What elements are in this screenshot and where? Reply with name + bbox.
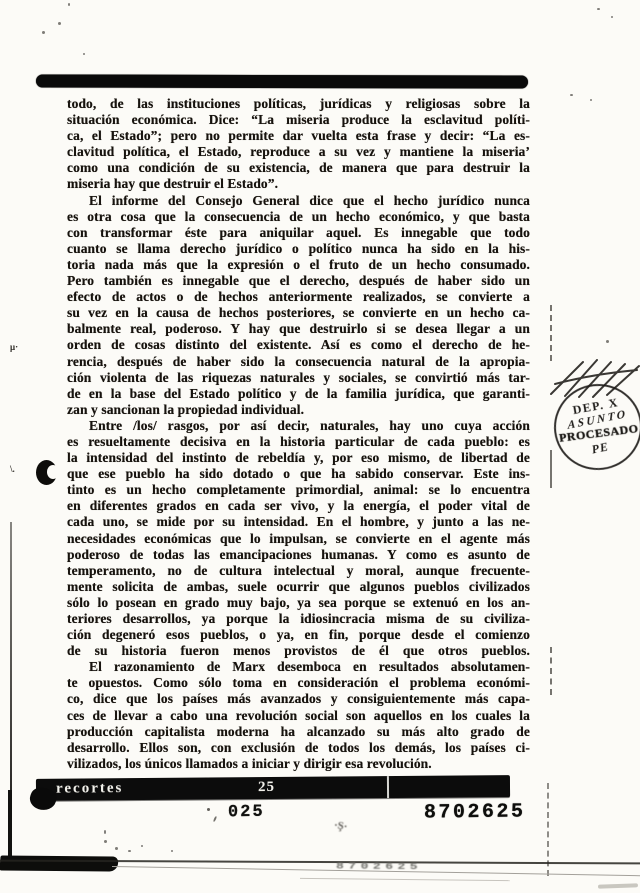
redaction-bar-top bbox=[36, 74, 528, 88]
speck bbox=[104, 840, 107, 843]
text-line: de en la base del Estado político y de l… bbox=[67, 386, 530, 402]
footer-page-number: 25 bbox=[258, 779, 275, 796]
text-line: toria nada más que la expresión o el fru… bbox=[67, 257, 530, 273]
speck bbox=[104, 830, 106, 834]
footer-label: recortes bbox=[56, 780, 123, 798]
text-line: balmente real, poderoso. Y hay que destr… bbox=[67, 321, 530, 337]
scan-bottom-blob bbox=[0, 855, 119, 871]
text-line: que ese pueblo ha sido dotado o que ha s… bbox=[67, 466, 530, 482]
footer-bar: recortes 25 bbox=[36, 775, 510, 801]
text-line: orden de cosas distinto del existente. A… bbox=[67, 337, 530, 353]
stamp-number-small: 025 bbox=[228, 803, 265, 822]
margin-mark: \. bbox=[10, 464, 15, 474]
text-line: co, dice que los países más avanzados y … bbox=[67, 691, 530, 707]
text-line: vilizados, los únicos llamados a iniciar… bbox=[67, 756, 530, 772]
text-line: poderoso de todas las emancipaciones hum… bbox=[67, 547, 530, 563]
ink-blot bbox=[36, 460, 57, 485]
text-line: con transformar éste para aniquilar aque… bbox=[67, 225, 530, 241]
speck bbox=[590, 99, 592, 101]
speck bbox=[128, 850, 131, 852]
speck bbox=[141, 845, 143, 847]
text-line: es otra cosa que la consecuencia de un h… bbox=[67, 209, 530, 225]
text-line: ces de llevar a cabo una revolución soci… bbox=[67, 708, 530, 724]
scan-edge-line bbox=[10, 522, 12, 792]
text-line: Entre /los/ rasgos, por así decir, natur… bbox=[67, 418, 530, 434]
text-line: mente solicita de ambas, suele ocurrir q… bbox=[67, 579, 530, 595]
corner-smudge bbox=[598, 883, 638, 888]
text-line: cuanto se llama derecho jurídico o polít… bbox=[67, 241, 530, 257]
text-line: necesidades económicas que lo impulsan, … bbox=[67, 531, 530, 547]
margin-mark: μ· bbox=[10, 342, 18, 352]
scanned-page: todo, de las instituciones políticas, ju… bbox=[0, 0, 640, 893]
text-line: todo, de las instituciones políticas, ju… bbox=[67, 96, 530, 112]
speck bbox=[611, 16, 613, 18]
text-line: ción violenta de las riquezas naturales … bbox=[67, 370, 530, 386]
body-text: todo, de las instituciones políticas, ju… bbox=[67, 96, 530, 772]
text-line: situación económica. Dice: “La miseria p… bbox=[67, 112, 530, 128]
text-line: miseria hay que destruir el Estado”. bbox=[67, 176, 530, 192]
text-line: te opuestos. Como sólo toma en considera… bbox=[67, 675, 530, 691]
text-line: temperamento, no de cultura intelectual … bbox=[67, 563, 530, 579]
stamp-number-large: 8702625 bbox=[424, 801, 526, 825]
text-line: teriores desarrollos, ya porque la idios… bbox=[67, 611, 530, 627]
text-line: es resueltamente decisiva en la historia… bbox=[67, 434, 530, 450]
text-line: rencia, después de haber sido la consecu… bbox=[67, 354, 530, 370]
text-line: la intensidad del instinto de rebeldía y… bbox=[67, 450, 530, 466]
speck bbox=[83, 53, 85, 55]
faint-mark: ·Ş· bbox=[333, 819, 348, 833]
text-line: ción degeneró esos pueblos, o ya, en fin… bbox=[67, 627, 530, 643]
speck bbox=[207, 808, 210, 811]
scan-bottom-diagonal-faint bbox=[300, 878, 510, 881]
speck bbox=[570, 94, 573, 96]
margin-pen-stroke bbox=[550, 647, 552, 695]
speck bbox=[42, 31, 45, 34]
text-line: producción capitalista moderna ha alcanz… bbox=[67, 724, 530, 740]
speck bbox=[171, 850, 173, 852]
speck bbox=[115, 847, 118, 850]
stamp-initials: PE bbox=[591, 439, 611, 457]
text-line: como una condición de su existencia, de … bbox=[67, 160, 530, 176]
text-line: El informe del Consejo General dice que … bbox=[67, 193, 530, 209]
speck bbox=[606, 340, 609, 343]
speck bbox=[68, 3, 70, 6]
text-line: El razonamiento de Marx desemboca en res… bbox=[67, 659, 530, 675]
footer-bar-gap bbox=[387, 776, 389, 798]
text-line: ca, el Estado”; pero no permite dar vuel… bbox=[67, 128, 530, 144]
text-line: efecto de actos o de hechos anteriorment… bbox=[67, 289, 530, 305]
speck bbox=[597, 8, 600, 10]
text-line: Pero también es innegable que el derecho… bbox=[67, 273, 530, 289]
text-line: cada uno, se mide por su intensidad. En … bbox=[67, 514, 530, 530]
text-line: clavitud política, el Estado, reproduce … bbox=[67, 144, 530, 160]
text-line: de su historia fueron menos provistos de… bbox=[67, 643, 530, 659]
speck bbox=[58, 22, 61, 25]
text-line: en diferentes grados en cada ser vivo, y… bbox=[67, 498, 530, 514]
margin-pen-stroke bbox=[550, 450, 552, 488]
text-line: su vez en la causa de hechos posteriores… bbox=[67, 305, 530, 321]
text-line: tinto es un hecho completamente primordi… bbox=[67, 482, 530, 498]
text-line: desarrollo. Ellos son, con exclusión de … bbox=[67, 740, 530, 756]
text-line: sólo lo posean en grado muy bajo, ya sea… bbox=[67, 595, 530, 611]
scan-edge-line-thick bbox=[8, 790, 12, 862]
speck bbox=[213, 816, 217, 822]
text-line: zan y sancionan la propiedad individual. bbox=[67, 402, 530, 418]
